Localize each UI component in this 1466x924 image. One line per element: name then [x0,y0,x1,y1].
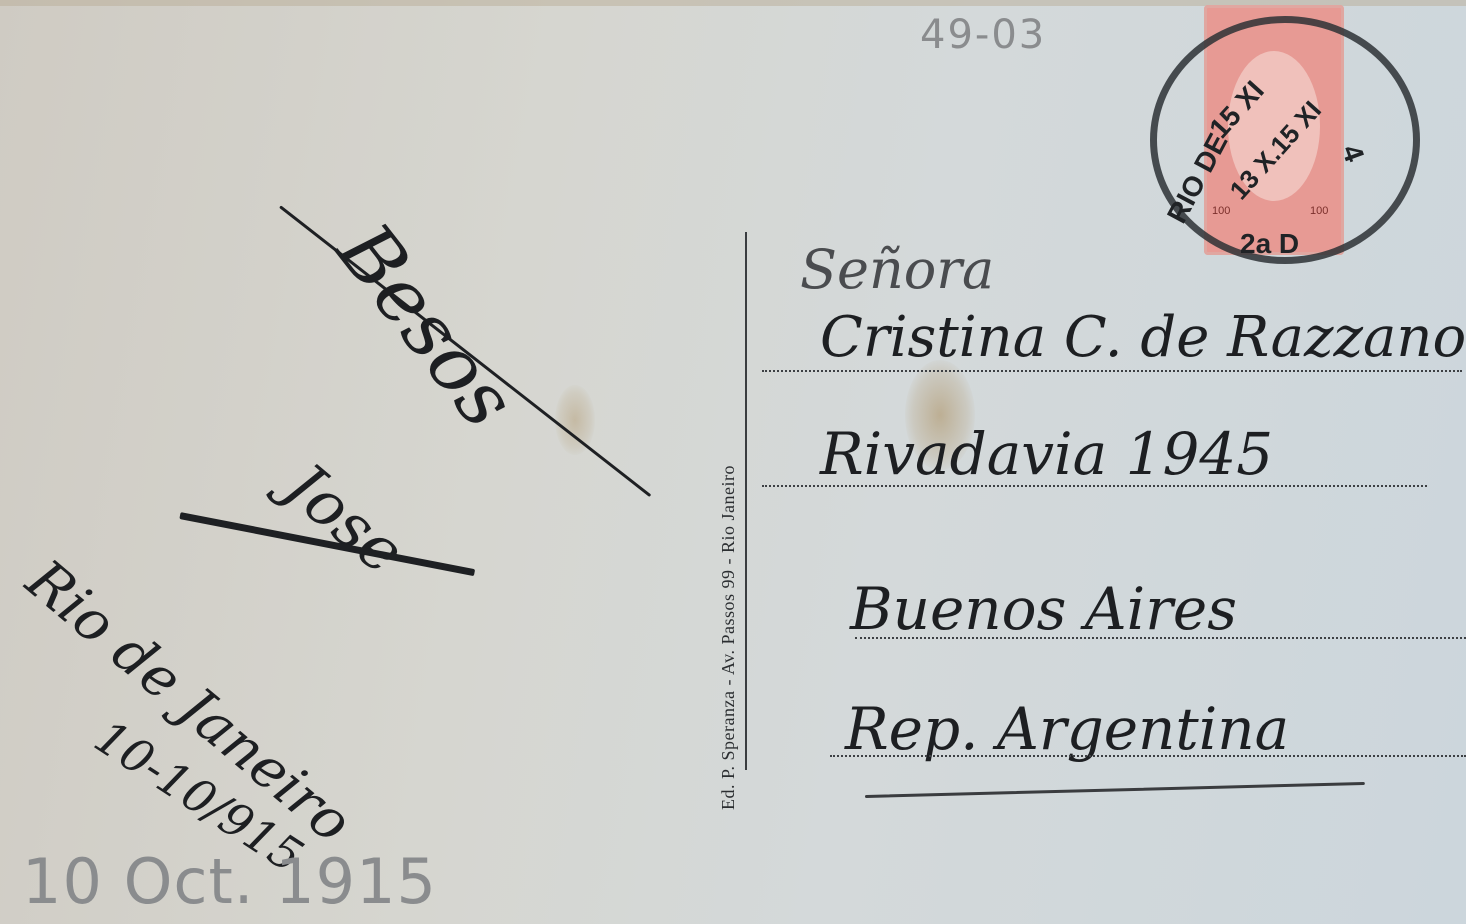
water-stain-small [555,385,595,455]
archive-number: 49-03 [920,12,1046,58]
archive-date-note: 10 Oct. 1915 [22,845,437,918]
address-line-5: Rep. Argentina [845,695,1289,763]
address-line-4: Buenos Aires [850,575,1237,643]
printer-imprint: Ed. P. Speranza - Av. Passos 99 - Rio Ja… [718,465,739,810]
center-divider [745,232,747,770]
message-signature: Jose [272,449,419,589]
address-line-3: Rivadavia 1945 [820,420,1273,488]
address-dotted-line-2 [762,485,1427,487]
address-dotted-line-4 [830,755,1466,757]
postmark-code: 2a D [1240,228,1299,260]
message-greeting: Besos [320,207,533,444]
address-dotted-line-3 [855,637,1466,639]
address-dotted-line-1 [762,370,1462,372]
address-flourish-underline [865,782,1365,798]
address-line-2: Cristina C. de Razzano [820,305,1466,370]
address-line-1: Señora [800,238,994,301]
